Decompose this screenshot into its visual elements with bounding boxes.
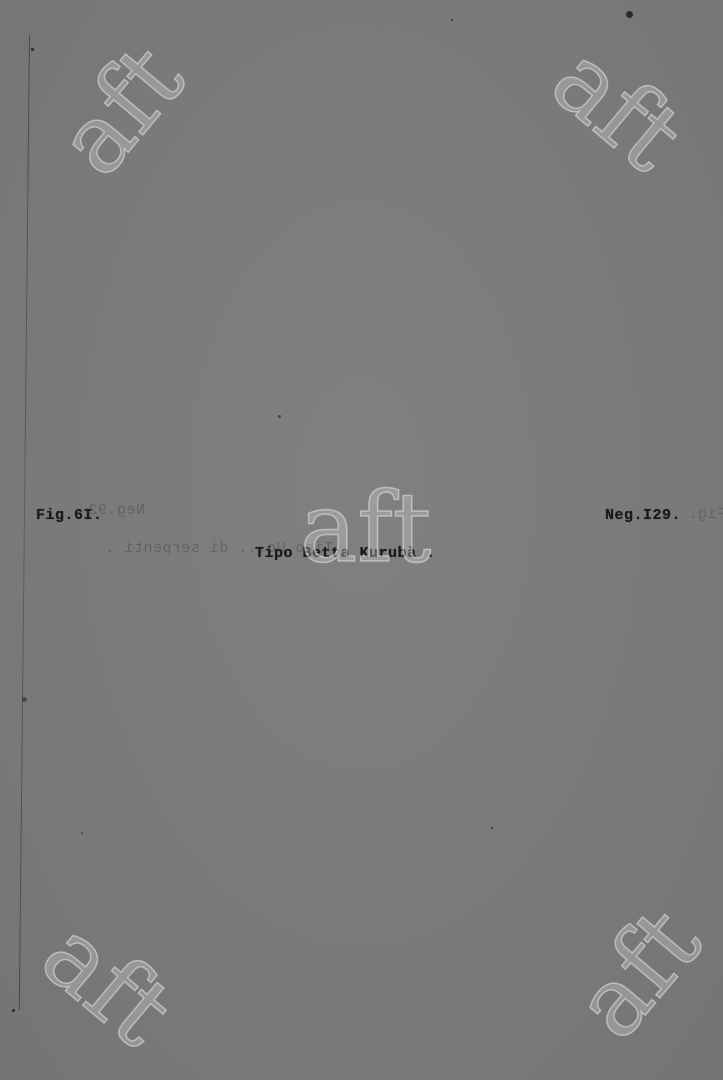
- dust-speck: [451, 19, 453, 21]
- watermark-bottom-left: aft: [27, 904, 189, 1062]
- dust-speck: [278, 415, 281, 418]
- dust-speck: [626, 11, 633, 18]
- watermark-top-left: aft: [42, 29, 200, 191]
- dust-speck: [12, 1009, 15, 1012]
- bleed-through-fig: Fig.: [688, 506, 723, 523]
- negative-number: Neg.I29.: [605, 507, 681, 524]
- dust-speck: [22, 697, 27, 702]
- dust-speck: [31, 48, 34, 51]
- dust-speck: [491, 827, 493, 829]
- dust-speck: [81, 832, 83, 834]
- figure-label: Fig.6I.: [36, 507, 103, 524]
- margin-line: [19, 35, 30, 1010]
- watermark-center: aft: [300, 480, 431, 576]
- scanned-page: Neg.92 Tipo Uo... di serpenti . Fig. Fig…: [0, 0, 723, 1080]
- watermark-bottom-right: aft: [559, 892, 717, 1054]
- watermark-top-right: aft: [537, 29, 699, 187]
